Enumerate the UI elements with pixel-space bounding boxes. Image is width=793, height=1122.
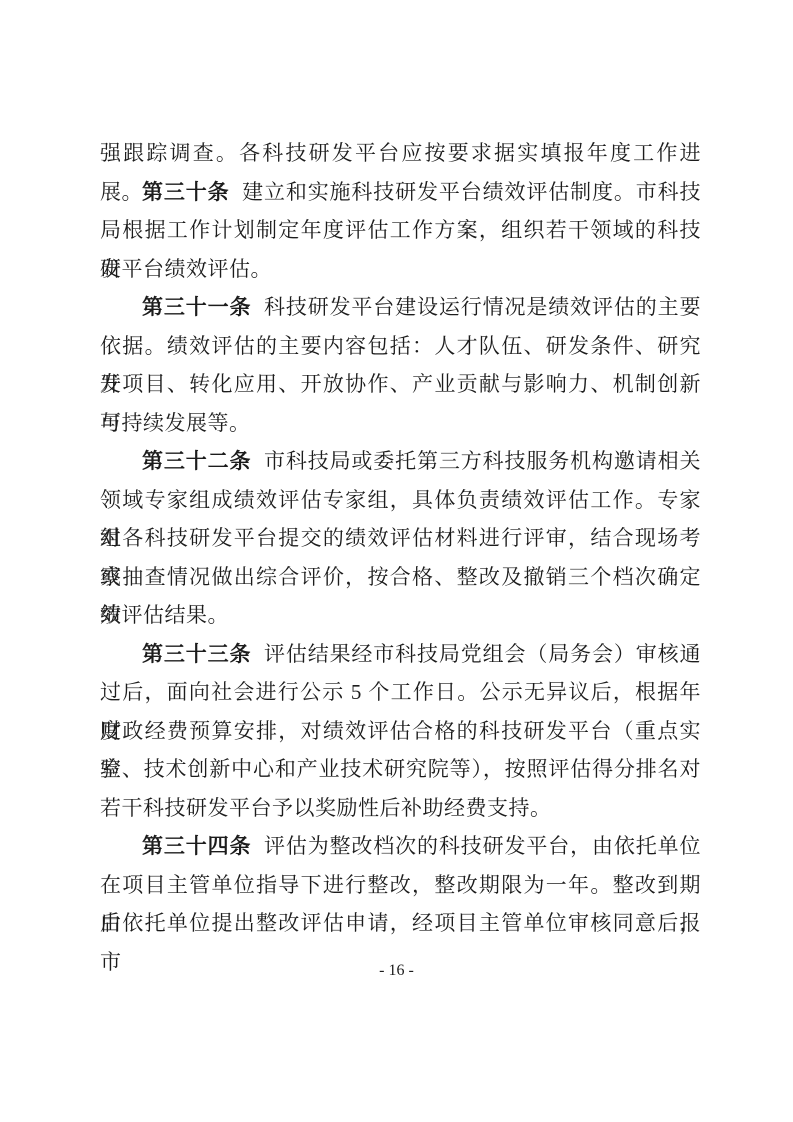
line-text: 若干科技研发平台予以奖励性后补助经费支持。 <box>100 796 552 820</box>
text-line: 强跟踪调查。各科技研发平台应按要求据实填报年度工作进展。 <box>100 134 701 173</box>
line-text: 评估结果经市科技局党组会（局务会）审核通 <box>264 642 701 666</box>
text-line: 依据。绩效评估的主要内容包括：人才队伍、研发条件、研究开 <box>100 327 701 366</box>
text-line: 室、技术创新中心和产业技术研究院等），按照评估得分排名对 <box>100 750 701 789</box>
text-line: 发项目、转化应用、开放协作、产业贡献与影响力、机制创新与 <box>100 365 701 404</box>
line-text: 市科技局或委托第三方科技服务机构邀请相关 <box>264 449 701 473</box>
line-text: 发平台绩效评估。 <box>100 257 272 281</box>
text-line: 由依托单位提出整改评估申请，经项目主管单位审核同意后报市 <box>100 904 701 943</box>
line-text: 建立和实施科技研发平台绩效评估制度。市科技 <box>242 180 701 204</box>
article-number-heading: 第三十一条 <box>142 295 251 319</box>
article-number-heading: 第三十三条 <box>142 642 251 666</box>
document-page: 强跟踪调查。各科技研发平台应按要求据实填报年度工作进展。第三十条建立和实施科技研… <box>0 0 793 1122</box>
text-line: 领域专家组成绩效评估专家组，具体负责绩效评估工作。专家组 <box>100 481 701 520</box>
text-line: 第三十条建立和实施科技研发平台绩效评估制度。市科技 <box>100 173 701 212</box>
text-line: 在项目主管单位指导下进行整改，整改期限为一年。整改到期后， <box>100 866 701 905</box>
text-line: 过后，面向社会进行公示 5 个工作日。公示无异议后，根据年度 <box>100 673 701 712</box>
document-body: 强跟踪调查。各科技研发平台应按要求据实填报年度工作进展。第三十条建立和实施科技研… <box>100 134 701 943</box>
line-text: 评估为整改档次的科技研发平台，由依托单位 <box>264 834 701 858</box>
line-text: 效评估结果。 <box>100 603 229 627</box>
line-text: 科技研发平台建设运行情况是绩效评估的主要 <box>264 295 701 319</box>
article-number-heading: 第三十条 <box>142 180 229 204</box>
text-line: 效评估结果。 <box>100 596 701 635</box>
text-line: 发平台绩效评估。 <box>100 250 701 289</box>
page-number: - 16 - <box>0 959 793 983</box>
article-number-heading: 第三十二条 <box>142 449 251 473</box>
text-line: 可持续发展等。 <box>100 404 701 443</box>
text-line: 财政经费预算安排，对绩效评估合格的科技研发平台（重点实验 <box>100 712 701 751</box>
line-text: 可持续发展等。 <box>100 411 251 435</box>
line-text: 室、技术创新中心和产业技术研究院等），按照评估得分排名对 <box>100 757 701 781</box>
text-line: 局根据工作计划制定年度评估工作方案，组织若干领域的科技研 <box>100 211 701 250</box>
text-line: 若干科技研发平台予以奖励性后补助经费支持。 <box>100 789 701 828</box>
text-line: 第三十一条科技研发平台建设运行情况是绩效评估的主要 <box>100 288 701 327</box>
text-line: 对各科技研发平台提交的绩效评估材料进行评审，结合现场考察 <box>100 519 701 558</box>
text-line: 或抽查情况做出综合评价，按合格、整改及撤销三个档次确定绩 <box>100 558 701 597</box>
text-line: 第三十三条评估结果经市科技局党组会（局务会）审核通 <box>100 635 701 674</box>
article-number-heading: 第三十四条 <box>142 834 251 858</box>
text-line: 第三十四条评估为整改档次的科技研发平台，由依托单位 <box>100 827 701 866</box>
text-line: 第三十二条市科技局或委托第三方科技服务机构邀请相关 <box>100 442 701 481</box>
